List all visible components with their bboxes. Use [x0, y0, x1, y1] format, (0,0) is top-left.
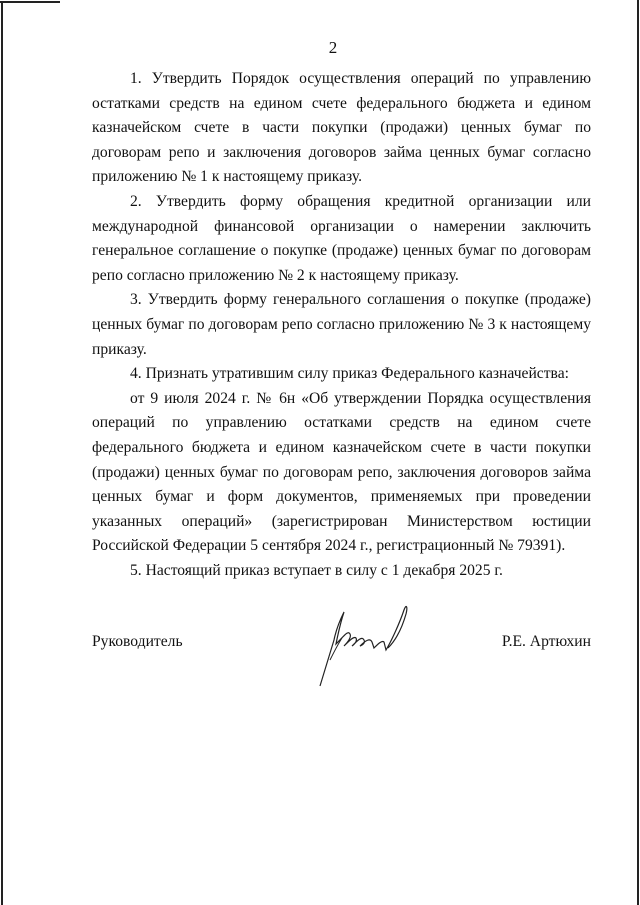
page-number: 2	[0, 38, 640, 58]
paragraph-4: 4. Признать утратившим силу приказ Федер…	[92, 362, 591, 387]
handwritten-signature-icon	[300, 600, 420, 690]
paragraph-3: 3. Утвердить форму генерального соглашен…	[92, 288, 591, 362]
scan-edge-top	[0, 1, 60, 3]
paragraph-5: 5. Настоящий приказ вступает в силу с 1 …	[92, 559, 591, 584]
signatory-name: Р.Е. Артюхин	[502, 633, 591, 651]
scan-edge-right	[637, 0, 639, 905]
paragraph-1: 1. Утвердить Порядок осуществления опера…	[92, 67, 591, 190]
paragraph-2: 2. Утвердить форму обращения кредитной о…	[92, 190, 591, 288]
scan-edge-left	[1, 2, 3, 905]
signatory-position: Руководитель	[92, 633, 183, 651]
document-body: 1. Утвердить Порядок осуществления опера…	[92, 67, 591, 583]
paragraph-4-item: от 9 июля 2024 г. № 6н «Об утверждении П…	[92, 387, 591, 559]
